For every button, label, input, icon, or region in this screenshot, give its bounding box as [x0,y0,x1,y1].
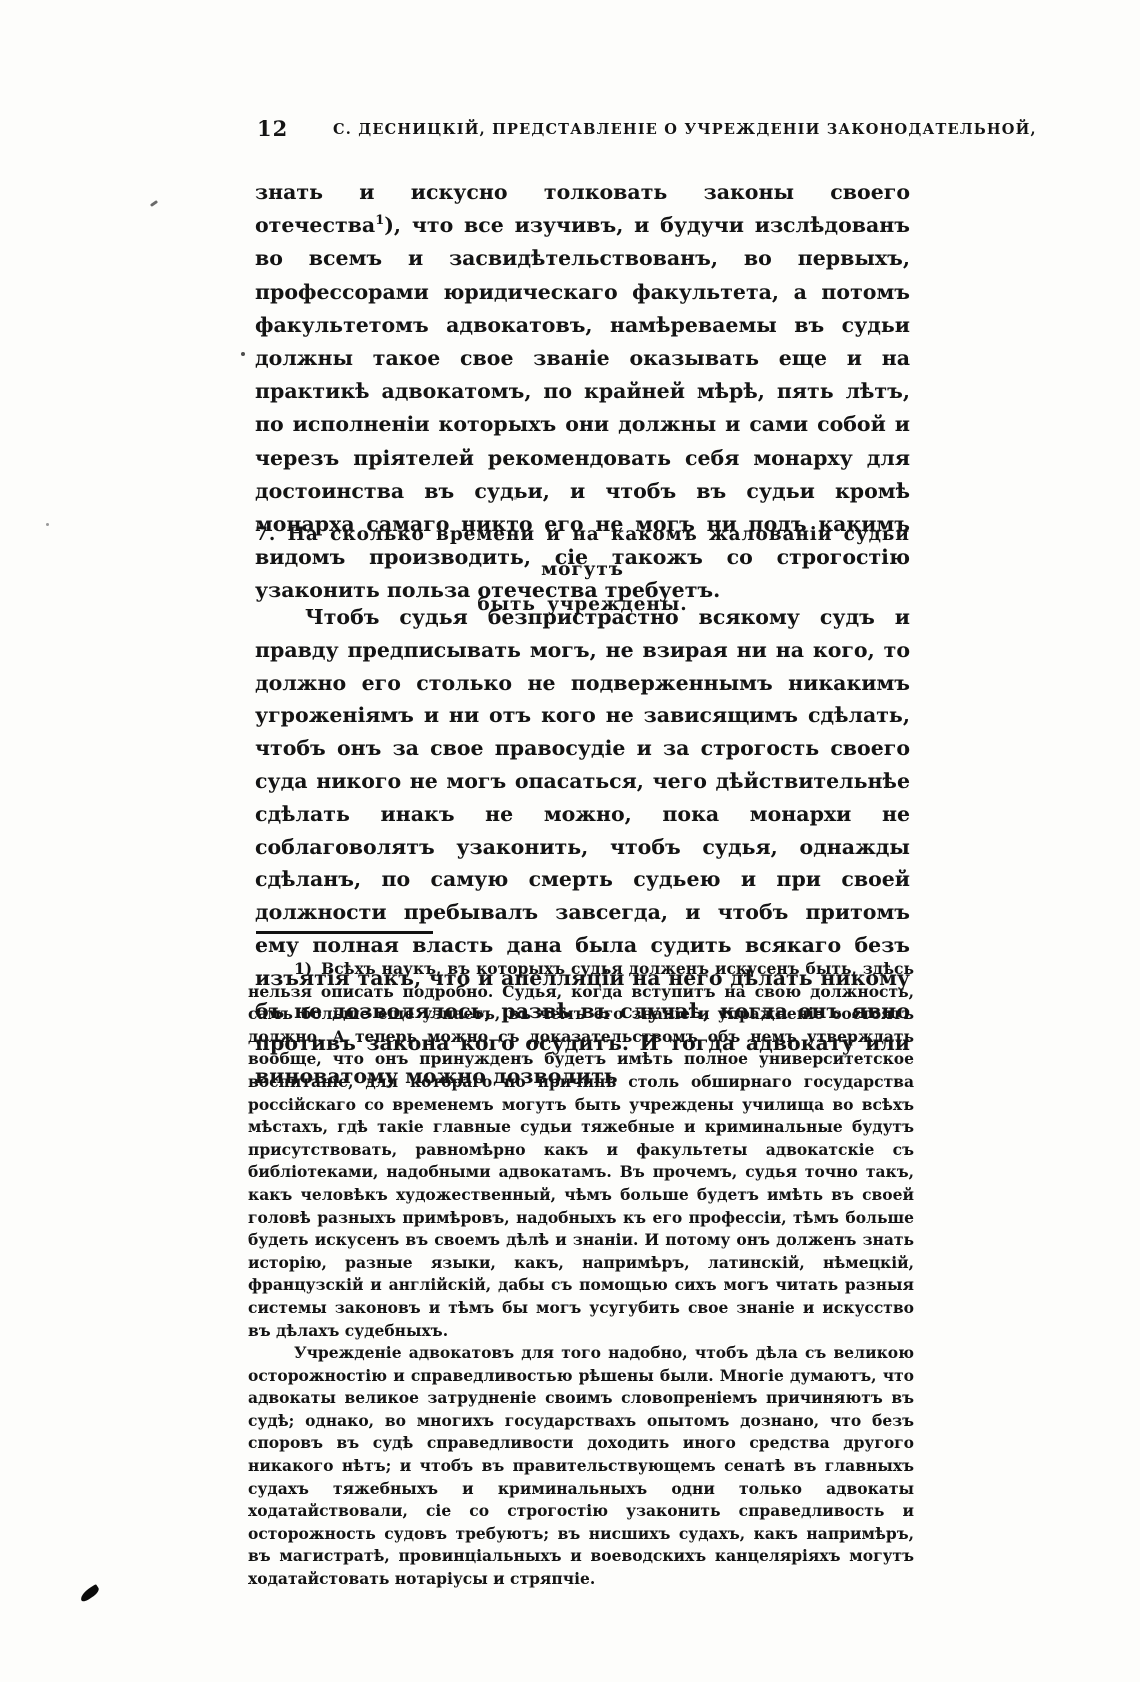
footnote-block: 1)Всѣхъ наукъ, въ которыхъ судья долженъ… [248,958,914,1591]
ink-blot [78,1584,101,1603]
page-number: 12 [257,116,288,141]
running-header: 12 С. ДЕСНИЦКІЙ, ПРЕДСТАВЛЕНІЕ О УЧРЕЖДЕ… [255,116,913,142]
footnote-paragraph-1-text: Всѣхъ наукъ, въ которыхъ судья долженъ и… [248,959,914,1340]
running-header-title: С. ДЕСНИЦКІЙ, ПРЕДСТАВЛЕНІЕ О УЧРЕЖДЕНІИ… [333,121,893,138]
ink-speck [46,523,49,526]
footnote-number-marker: 1) [294,959,312,978]
ink-speck [513,497,517,500]
scanned-book-page: 12 С. ДЕСНИЦКІЙ, ПРЕДСТАВЛЕНІЕ О УЧРЕЖДЕ… [0,0,1140,1682]
footnote-paragraph-2: Учрежденіе адвокатовъ для того надобно, … [248,1342,914,1591]
ink-speck [150,200,158,207]
ink-speck [241,352,245,356]
footnote-ref-marker: 1 [375,213,384,228]
section-heading-line-1: 7. На сколько времени и на какомъ жалова… [255,517,910,587]
footnote-separator-rule [256,931,433,934]
footnote-paragraph-1: 1)Всѣхъ наукъ, въ которыхъ судья долженъ… [248,958,914,1342]
